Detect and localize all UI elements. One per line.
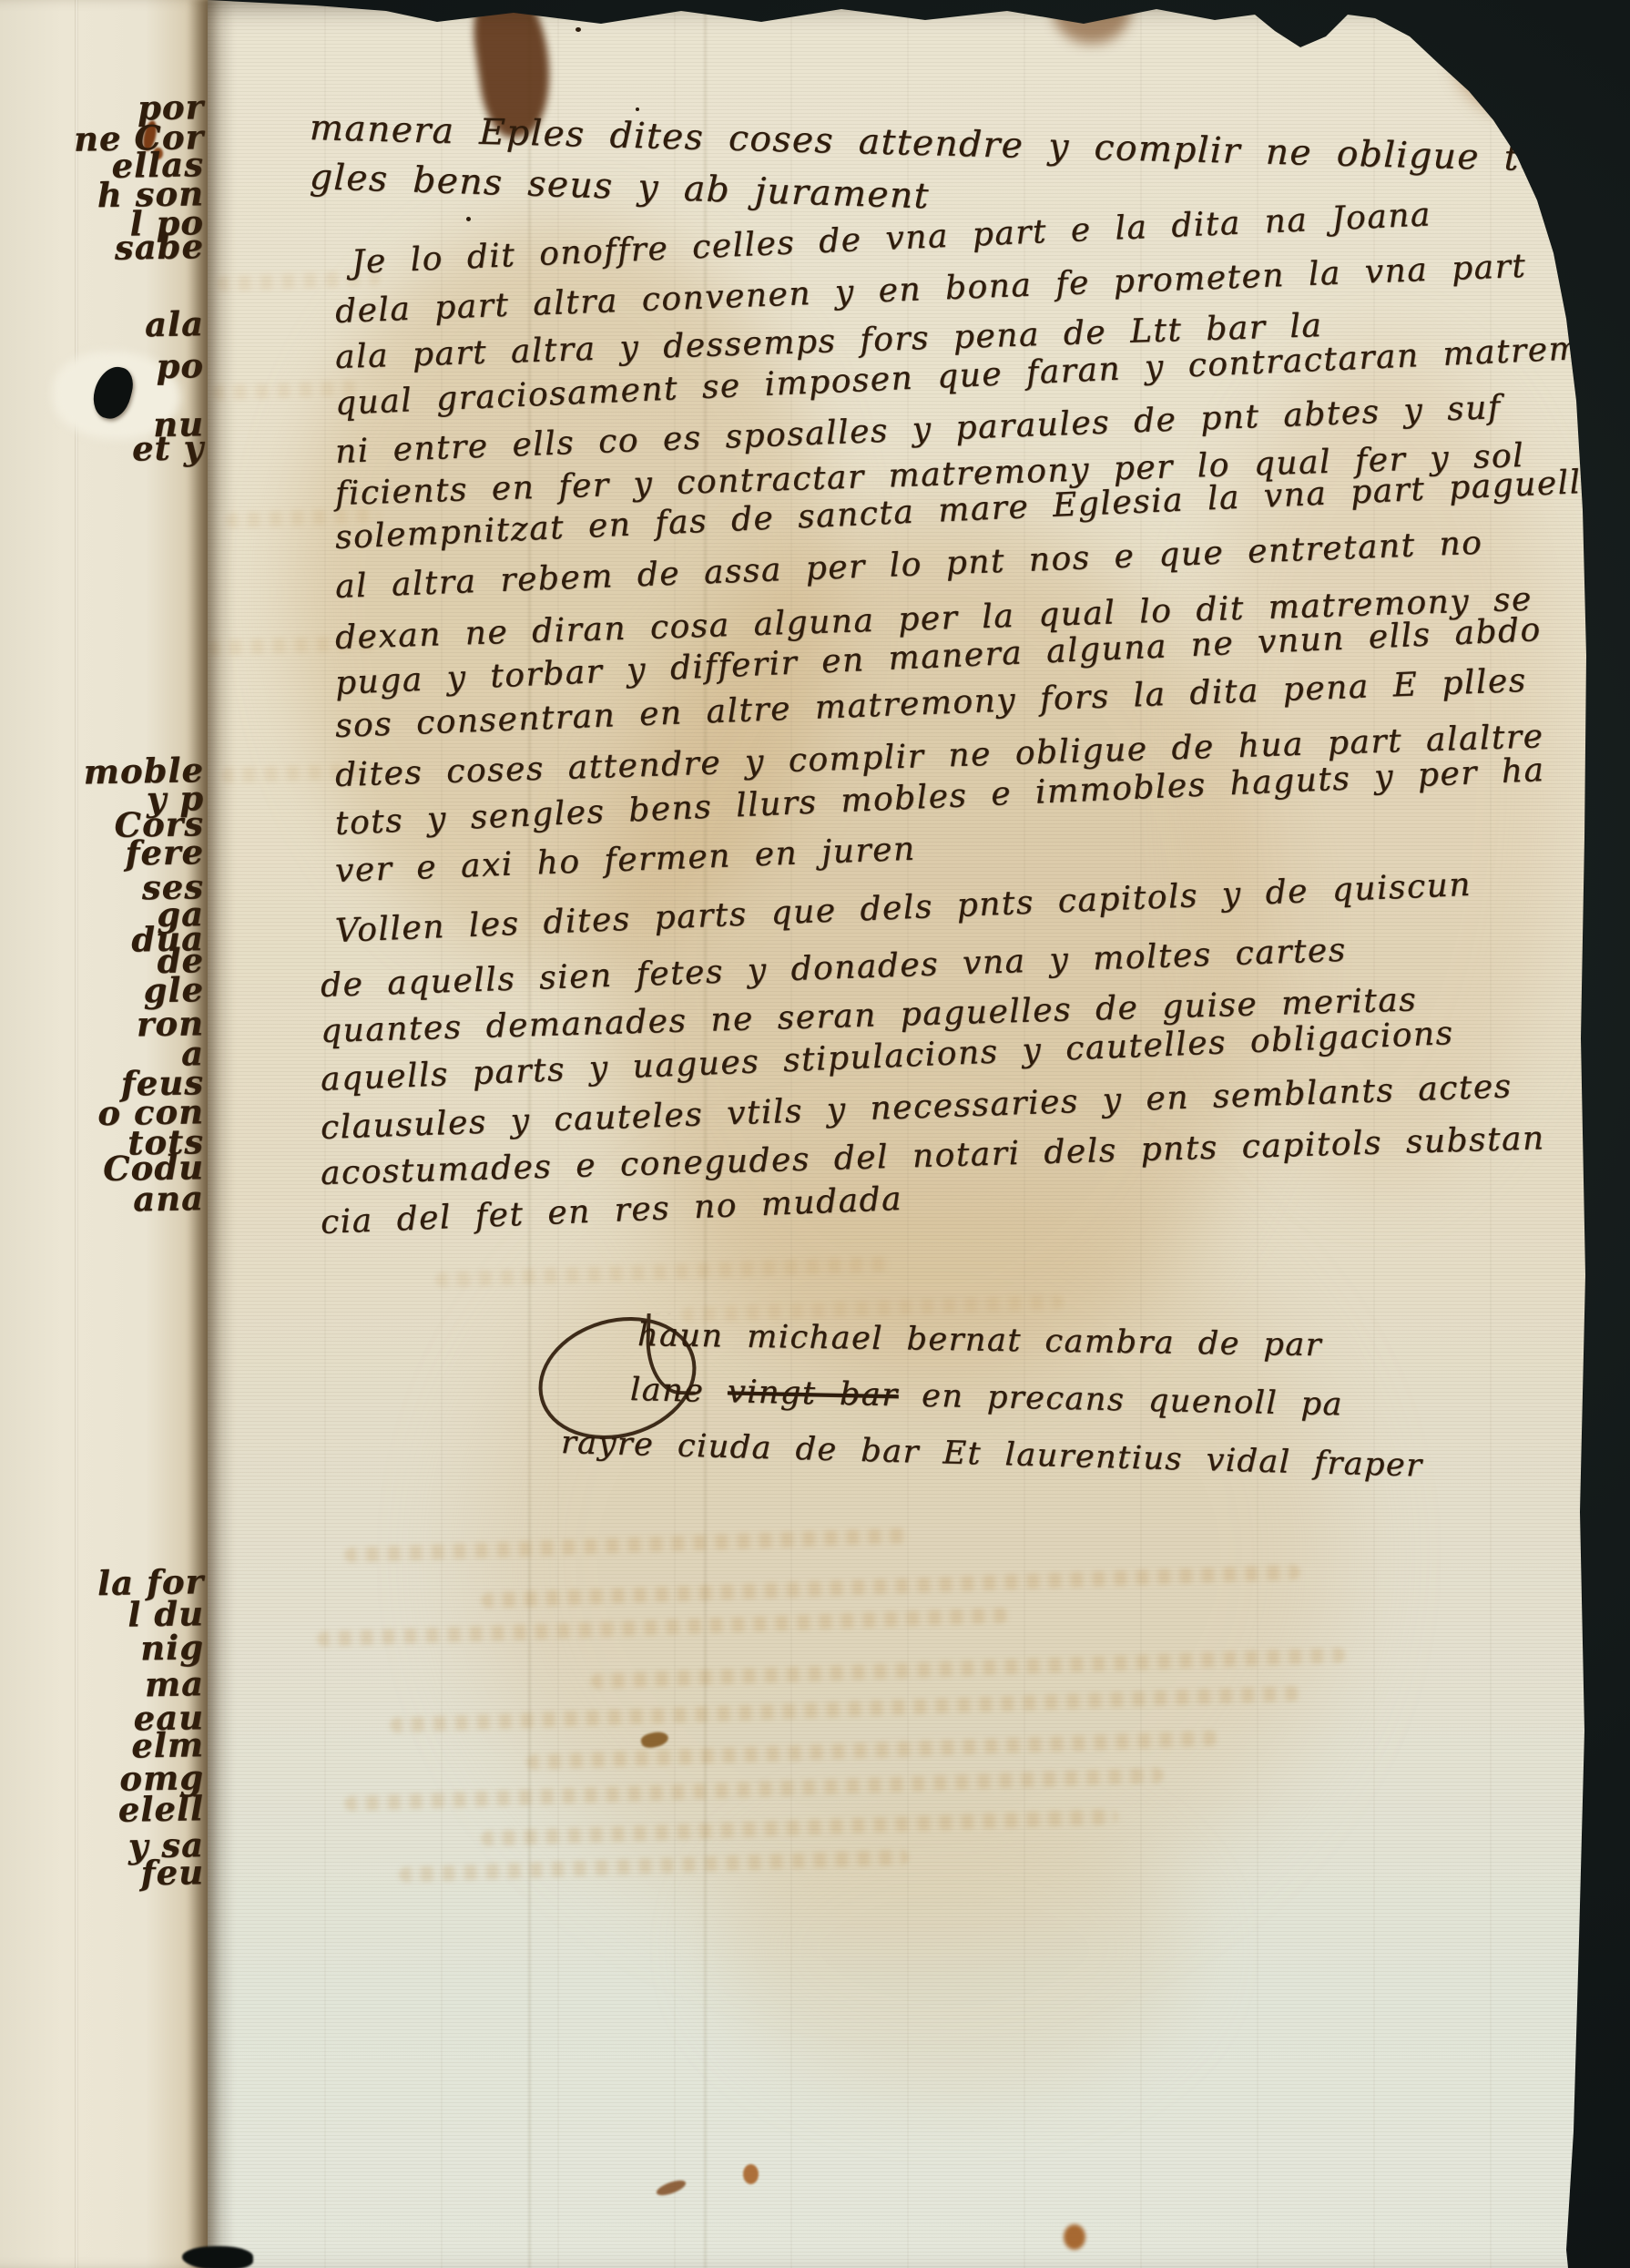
left-page-strip: porne Corellash sonl posabealaponuet ymo…	[0, 0, 208, 2268]
strip-text-fragment: feu	[0, 1852, 208, 1895]
manuscript-photo: porne Corellash sonl posabealaponuet ymo…	[0, 0, 1630, 2268]
strip-text-fragment: et y	[0, 427, 208, 471]
main-page: manera Eples dites coses attendre y comp…	[208, 0, 1630, 2268]
strip-text-fragment: po	[0, 345, 208, 389]
dark-edge-bottom	[182, 2246, 253, 2268]
strip-text-fragment: sabe	[0, 226, 208, 270]
strip-text-fragment: ala	[0, 303, 208, 347]
page-edge-shading	[208, 0, 1630, 2268]
strip-text-fragment: ana	[0, 1178, 208, 1221]
